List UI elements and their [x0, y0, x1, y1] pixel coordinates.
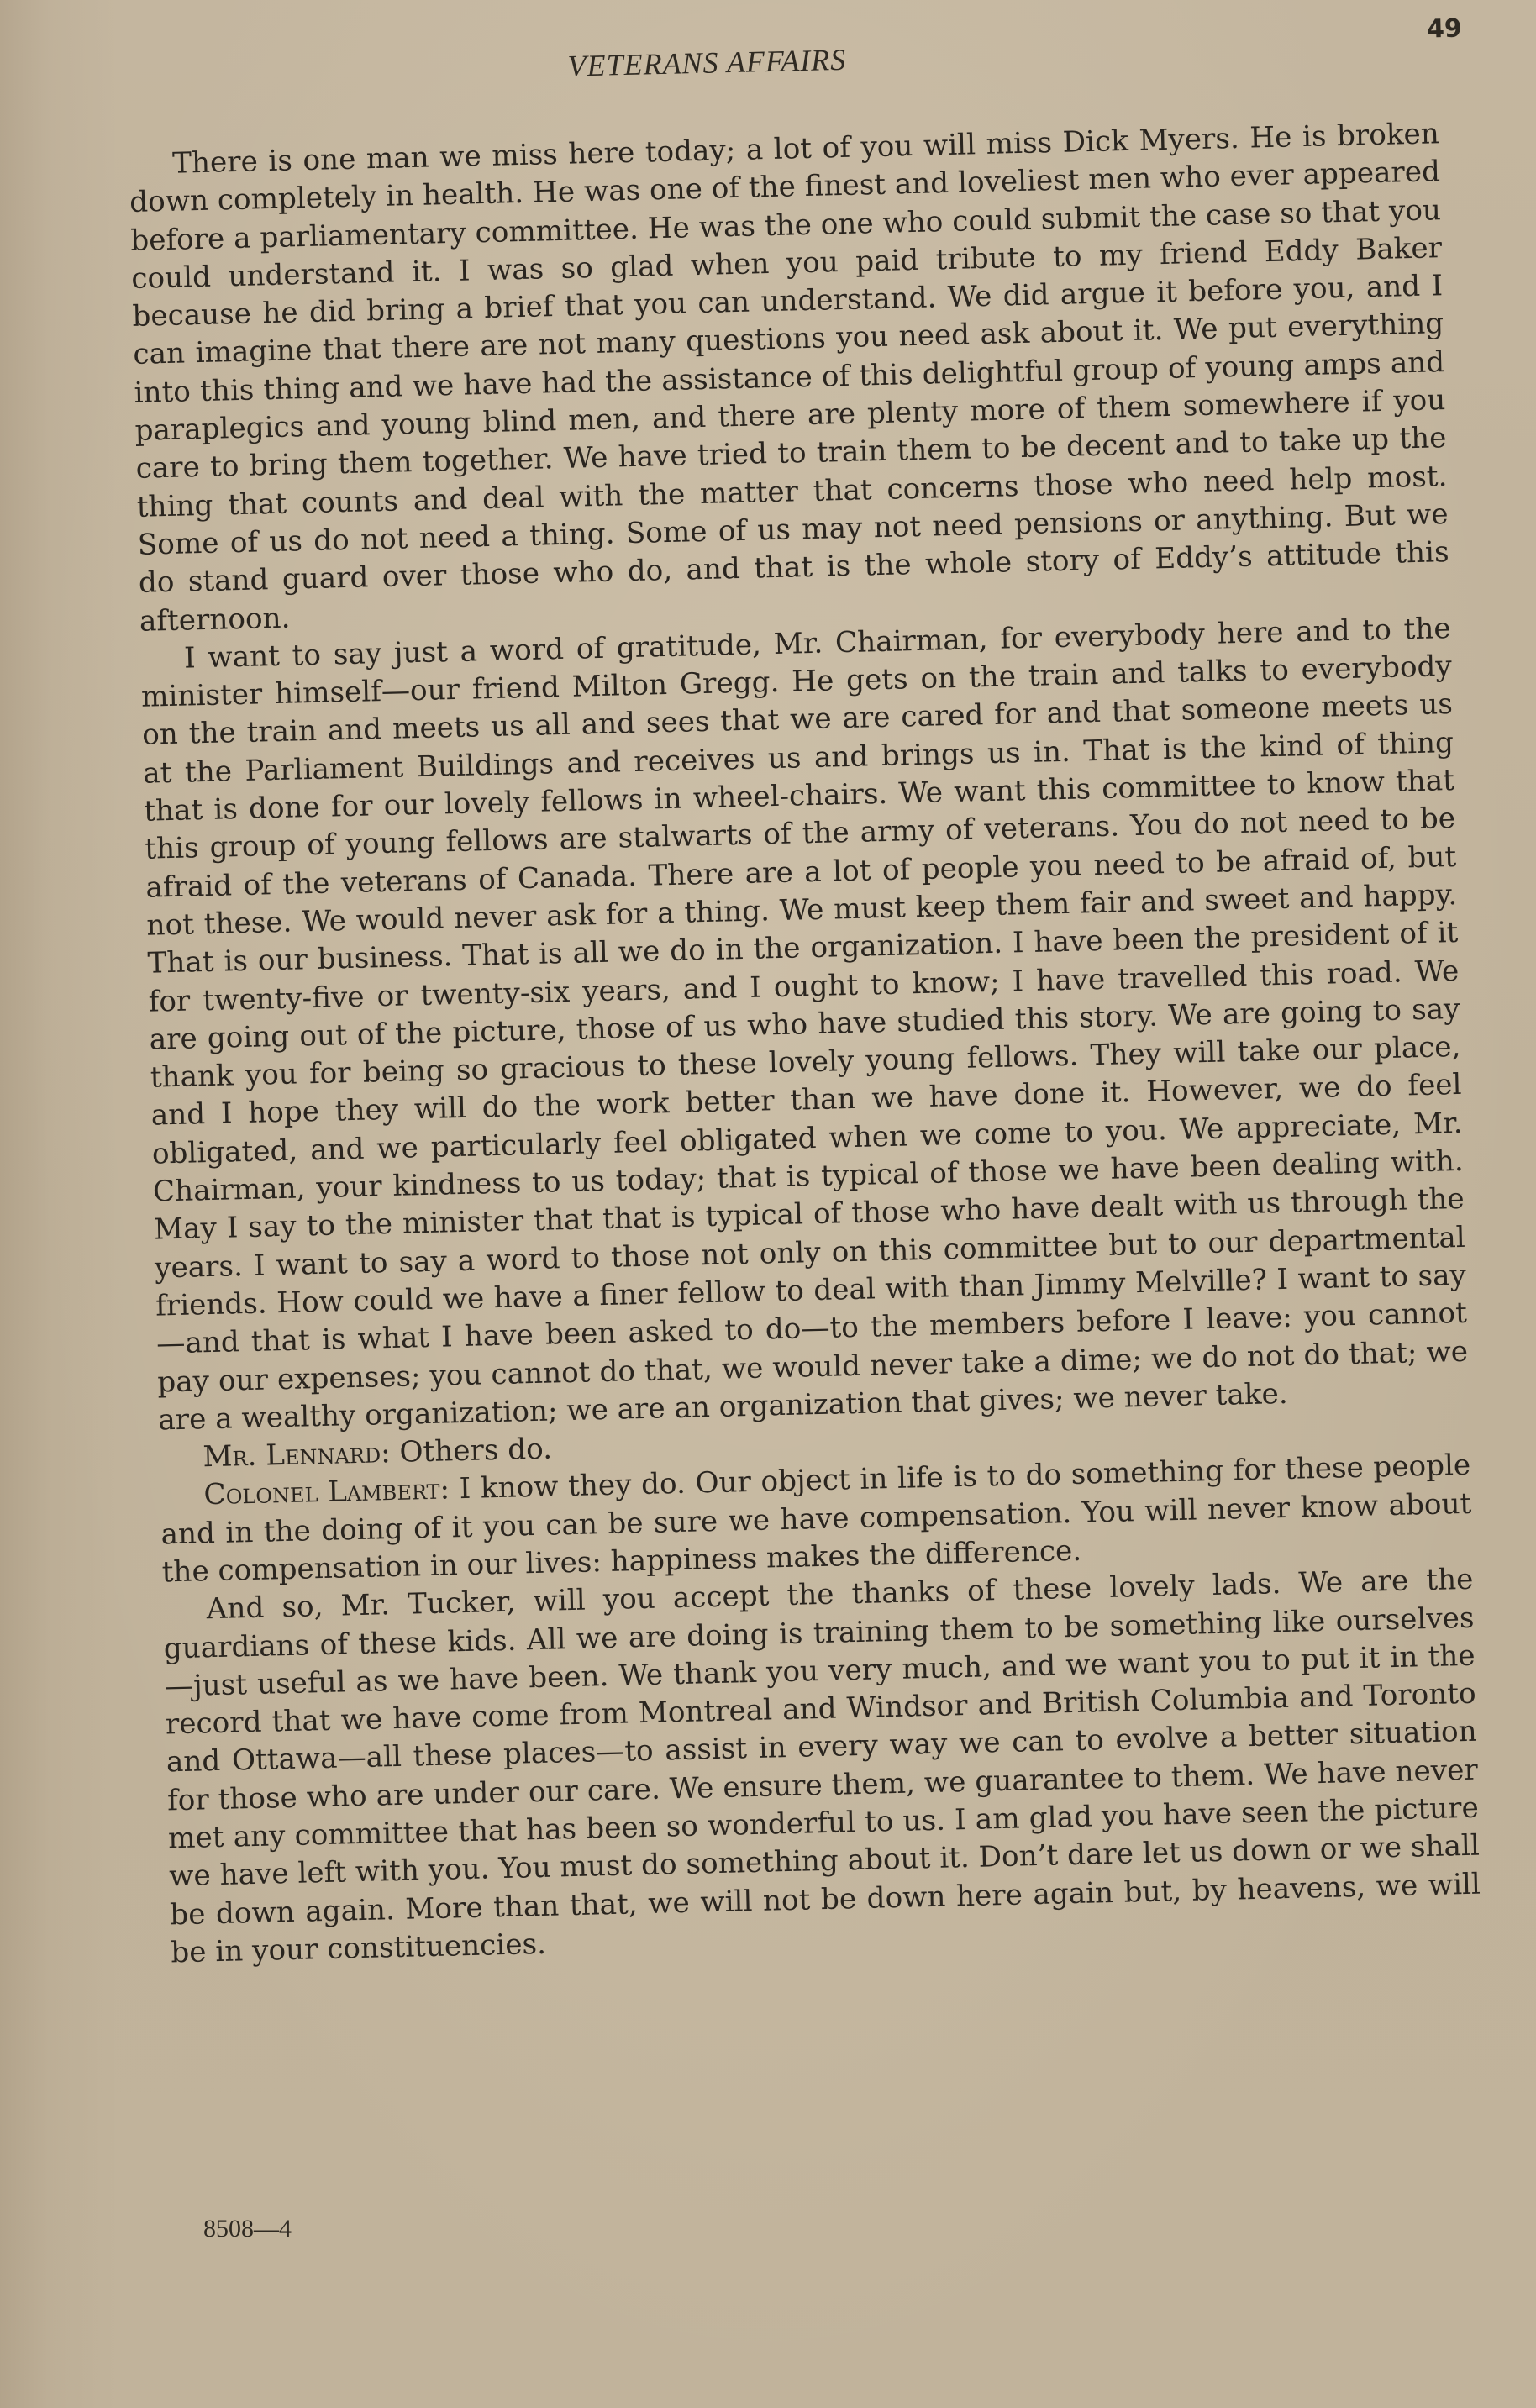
- paragraph: I want to say just a word of gratitude, …: [140, 610, 1470, 1440]
- paragraph-text: Others do.: [390, 1433, 552, 1470]
- running-title: VETERANS AFFAIRS: [567, 42, 847, 84]
- page-number: 49: [1427, 14, 1463, 45]
- paragraph-text: I want to say just a word of gratitude, …: [141, 612, 1469, 1437]
- document-page: VETERANS AFFAIRS 49 There is one man we …: [126, 19, 1481, 1972]
- paragraph: And so, Mr. Tucker, will you accept the …: [162, 1561, 1481, 1973]
- paragraph-text: There is one man we miss here today; a l…: [129, 117, 1449, 638]
- speaker-name: Mr. Lennard:: [203, 1436, 391, 1474]
- speaker-name: Colonel Lambert:: [203, 1473, 450, 1512]
- paragraph: There is one man we miss here today; a l…: [129, 115, 1450, 640]
- body-text: There is one man we miss here today; a l…: [129, 115, 1482, 1972]
- signature-mark: 8508—4: [203, 2215, 292, 2243]
- paragraph-text: And so, Mr. Tucker, will you accept the …: [163, 1563, 1481, 1969]
